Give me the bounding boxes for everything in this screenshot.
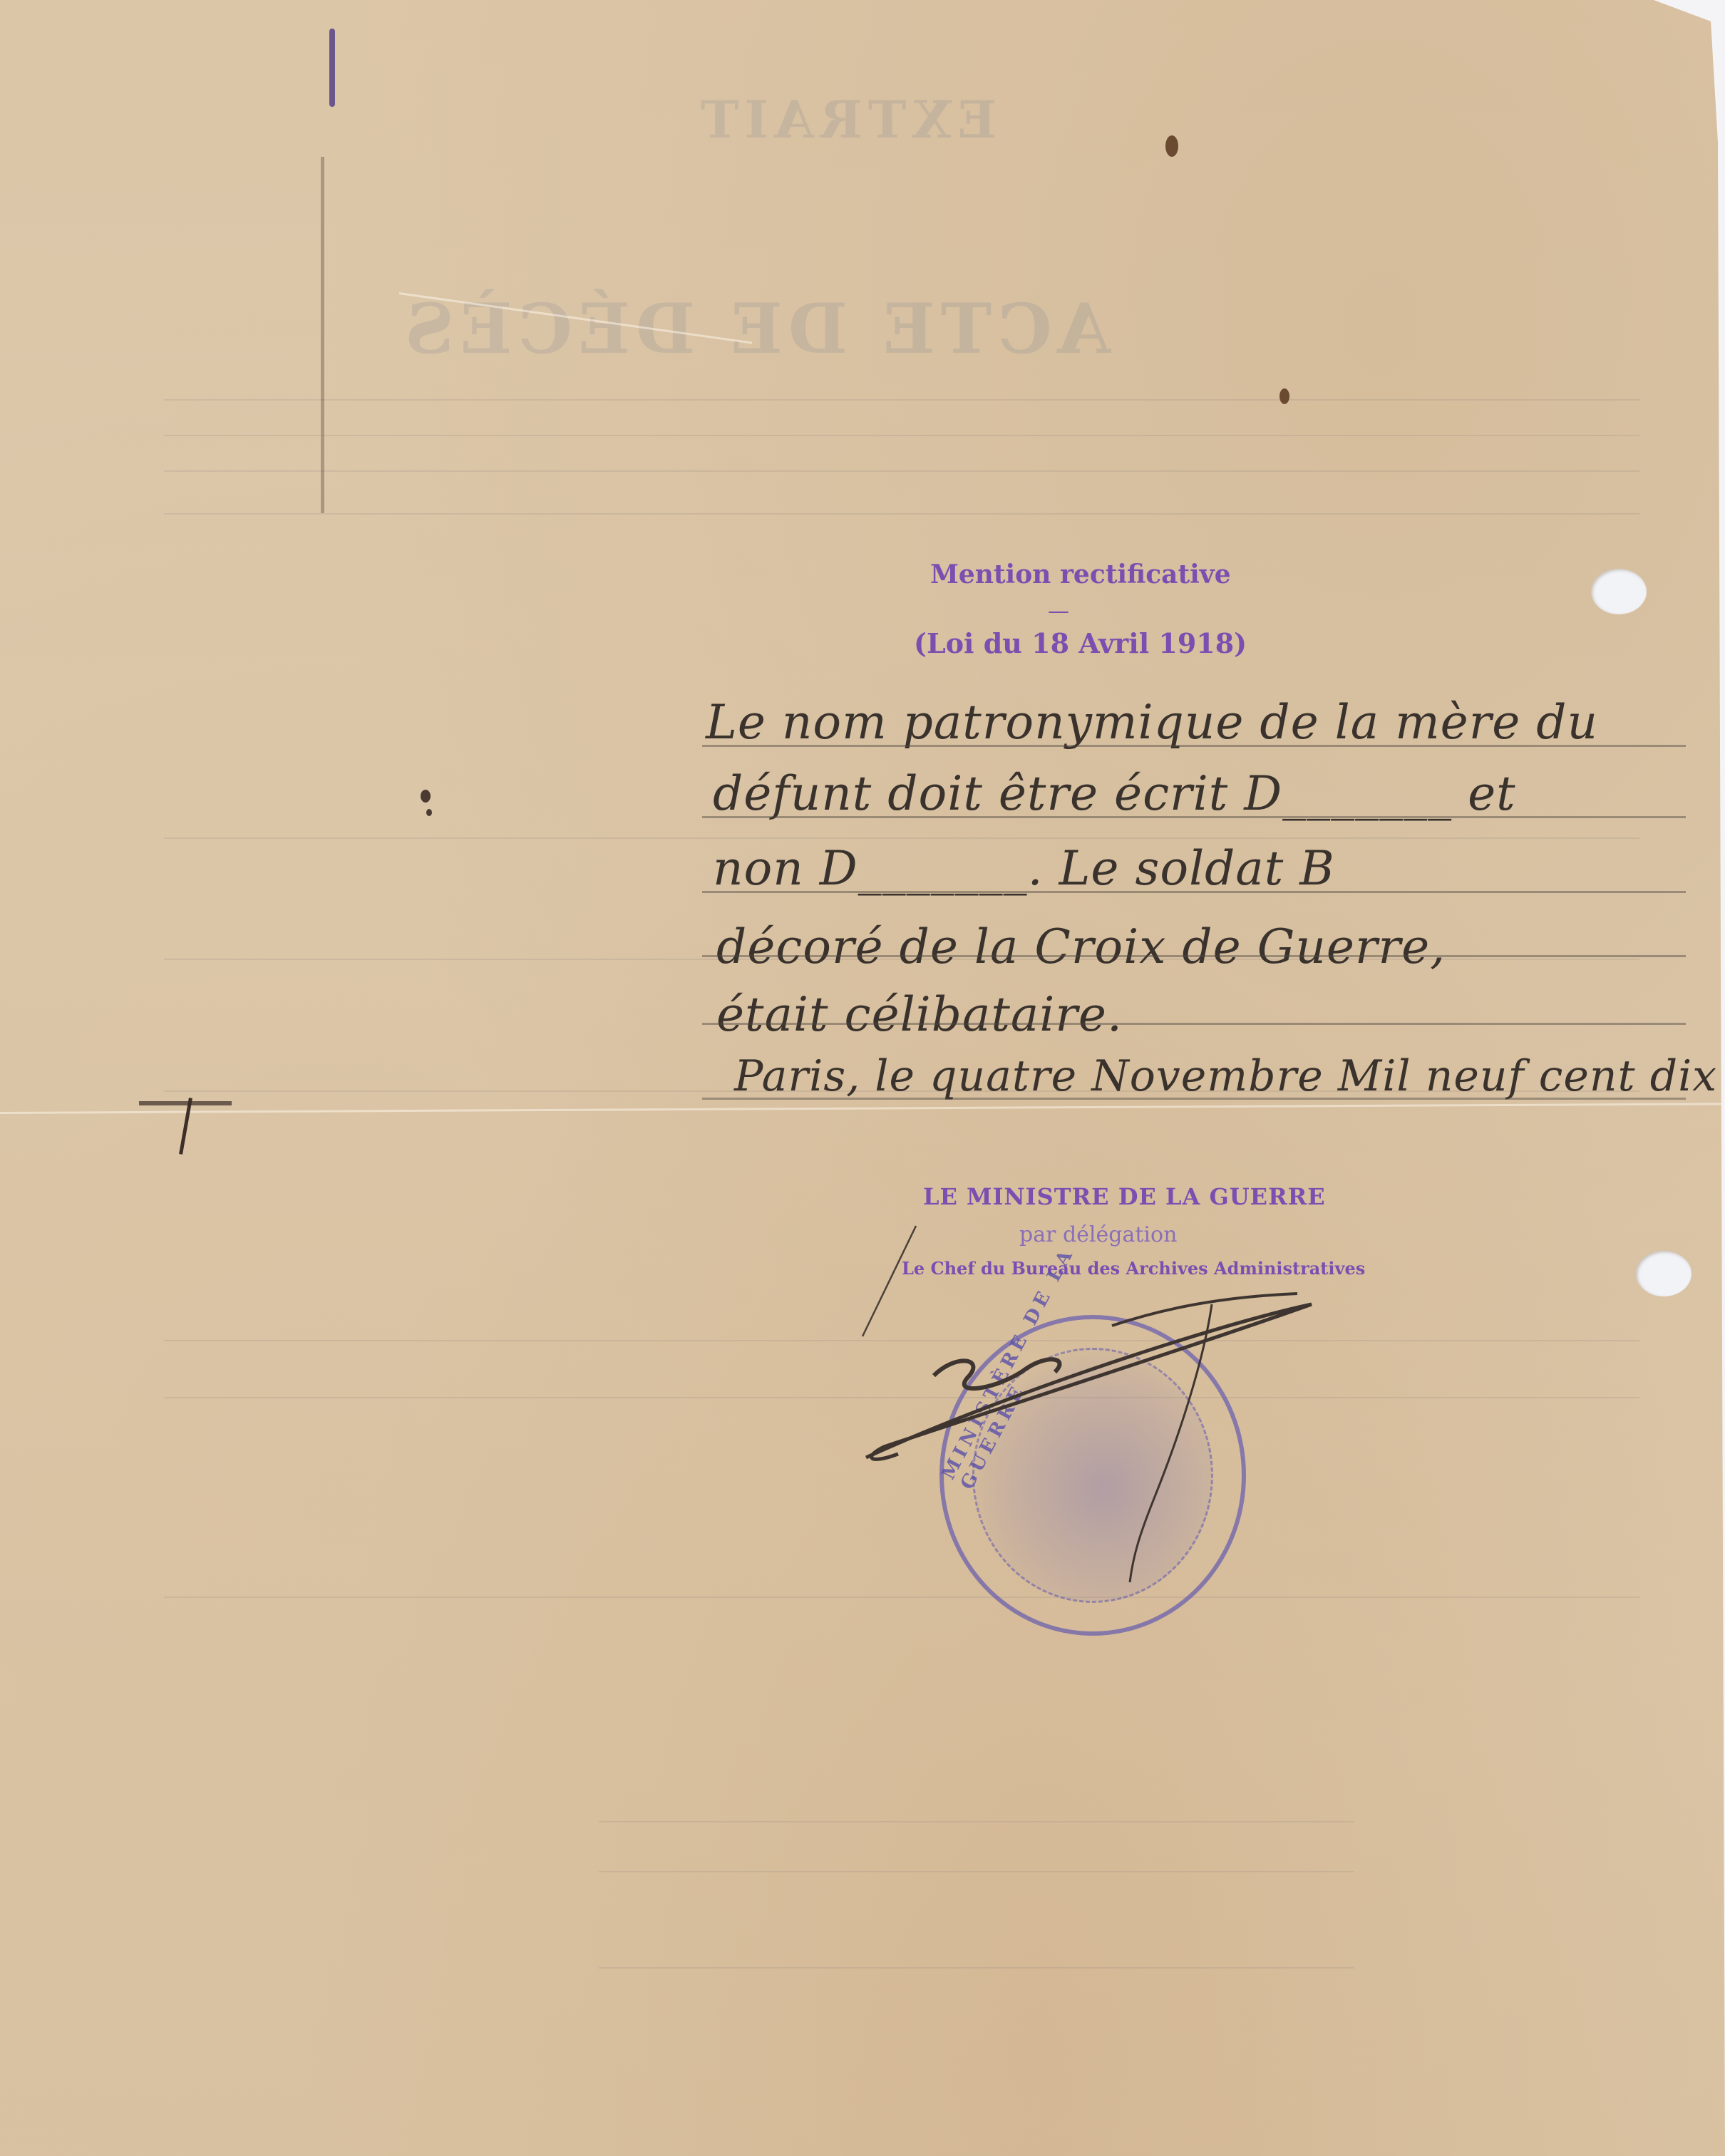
show-through-header: EXTRAIT xyxy=(695,89,997,150)
show-through-line xyxy=(164,513,1639,515)
show-through-line xyxy=(599,1967,1354,1969)
handwritten-line-2: défunt doit être écrit D_______ et xyxy=(713,766,1516,821)
ink-spot xyxy=(421,790,431,803)
show-through-line xyxy=(164,1597,1639,1598)
margin-ink-mark xyxy=(139,1101,232,1105)
fold-crease xyxy=(0,1103,1725,1114)
margin-ink-mark xyxy=(329,29,335,107)
show-through-line xyxy=(164,399,1639,401)
writing-rule xyxy=(702,955,1686,957)
writing-rule xyxy=(702,745,1686,747)
handwritten-line-4: décoré de la Croix de Guerre, xyxy=(716,919,1446,974)
handwritten-line-3: non D_______. Le soldat B xyxy=(713,841,1335,896)
show-through-line xyxy=(164,1340,1639,1341)
minister-title: LE MINISTRE DE LA GUERRE xyxy=(923,1183,1326,1210)
ink-spot xyxy=(426,809,432,816)
writing-rule xyxy=(702,891,1686,893)
show-through-line xyxy=(599,1821,1354,1822)
show-through-line xyxy=(164,1397,1639,1398)
writing-rule xyxy=(702,1023,1686,1025)
show-through-line xyxy=(164,470,1639,472)
document-paper: EXTRAIT ACTE DE DÉCÈS Mention rectificat… xyxy=(0,0,1725,2156)
punch-hole xyxy=(1636,1251,1691,1296)
stain-spot xyxy=(1279,388,1289,404)
writing-rule xyxy=(702,816,1686,818)
show-through-line xyxy=(599,1871,1354,1872)
office-text: Le Chef du Bureau des Archives Administr… xyxy=(902,1258,1365,1279)
handwritten-line-5: était célibataire. xyxy=(716,987,1123,1042)
show-through-title: ACTE DE DÉCÈS xyxy=(399,289,1111,369)
law-reference: (Loi du 18 Avril 1918) xyxy=(914,627,1247,659)
ministry-seal: MINISTÈRE DE LA GUERRE xyxy=(939,1315,1246,1636)
mention-separator: — xyxy=(1048,599,1069,624)
stain-spot xyxy=(1165,135,1178,157)
writing-rule xyxy=(702,1098,1686,1100)
show-through-line xyxy=(164,837,1639,839)
margin-ink-mark xyxy=(179,1098,192,1155)
handwritten-date-line: Paris, le quatre Novembre Mil neuf cent … xyxy=(734,1051,1725,1101)
handwritten-line-1: Le nom patronymique de la mère du xyxy=(706,695,1598,750)
punch-hole xyxy=(1591,569,1647,614)
margin-ink-mark xyxy=(321,157,324,513)
mention-title: Mention rectificative xyxy=(930,559,1231,589)
show-through-line xyxy=(164,435,1639,436)
